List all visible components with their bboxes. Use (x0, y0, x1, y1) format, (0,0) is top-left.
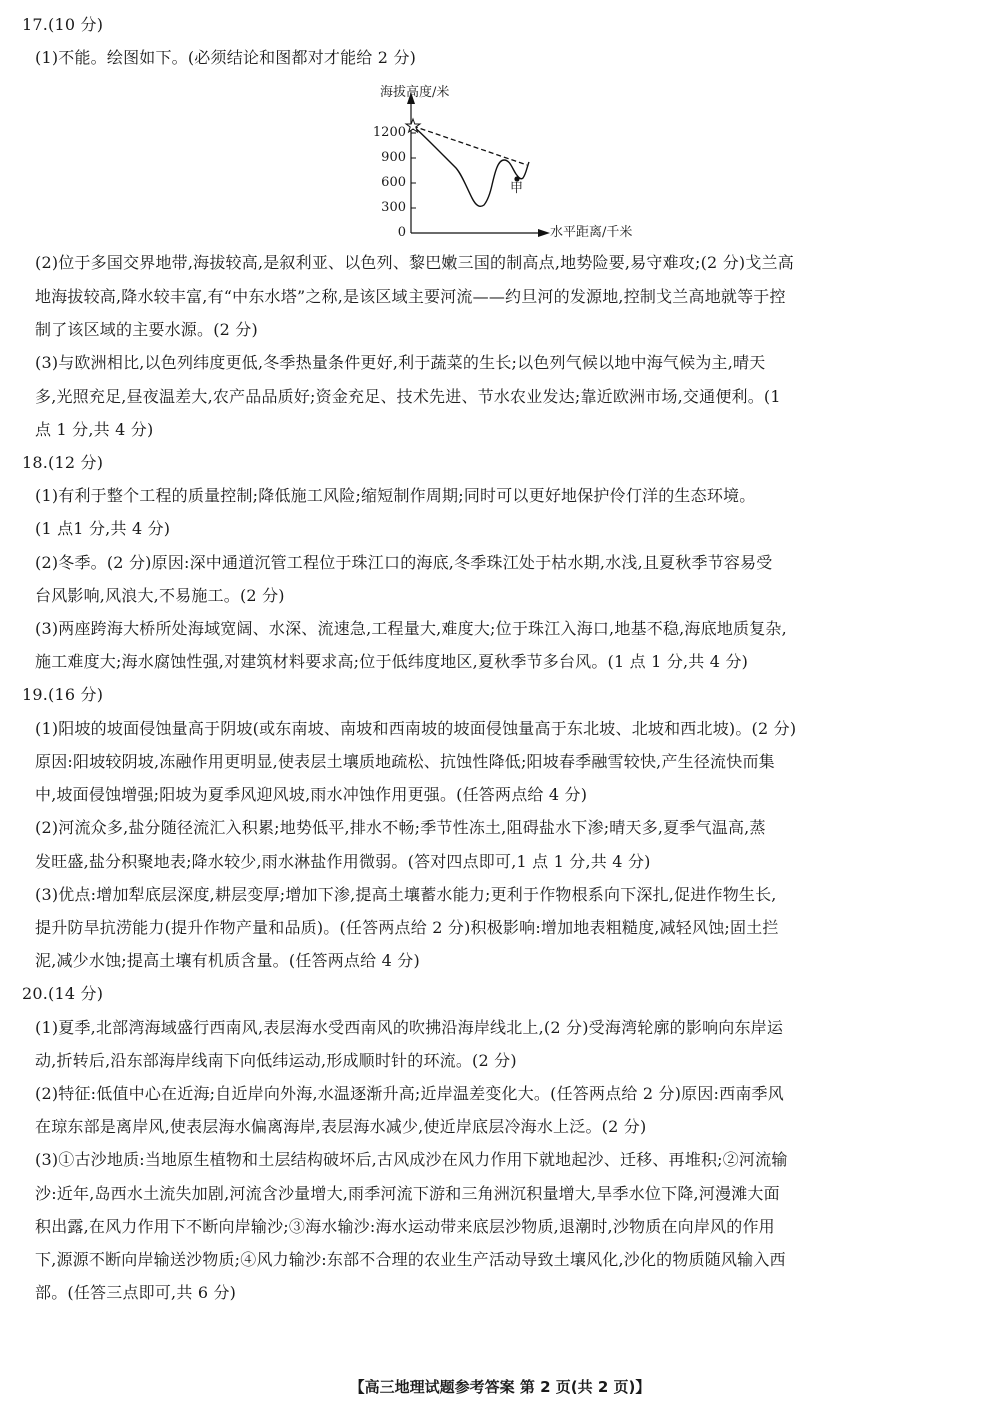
q19-answer-2-line-1: (2)河流众多,盐分随径流汇入积累;地势低平,排水不畅;季节性冻土,阻碍盐水下渗… (35, 817, 766, 839)
question-17-header: 17.(10 分) (22, 14, 103, 36)
q20-answer-1-line-2: 动,折转后,沿东部海岸线南下向低纬运动,形成顺时针的环流。(2 分) (35, 1050, 517, 1072)
question-20-header: 20.(14 分) (22, 983, 103, 1005)
y-axis-label: 海拔高度/米 (380, 86, 449, 100)
q17-answer-1: (1)不能。绘图如下。(必须结论和图都对才能给 2 分) (35, 47, 416, 69)
page-footer: 【高三地理试题参考答案 第 2 页(共 2 页)】 (0, 1377, 1000, 1397)
q18-answer-3-line-2: 施工难度大;海水腐蚀性强,对建筑材料要求高;位于低纬度地区,夏秋季节多台风。(1… (35, 651, 748, 673)
q20-answer-3-line-4: 下,源源不断向岸输送沙物质;④风力输沙:东部不合理的农业生产活动导致土壤风化,沙… (35, 1249, 786, 1271)
q17-answer-2-line-3: 制了该区域的主要水源。(2 分) (35, 319, 258, 341)
y-tick-300: 300 (366, 201, 406, 215)
y-tick-0: 0 (366, 226, 406, 240)
y-tick-1200: 1200 (366, 126, 406, 140)
q17-answer-3-line-3: 点 1 分,共 4 分) (35, 419, 153, 441)
q20-answer-3-line-1: (3)①古沙地质:当地原生植物和土层结构破坏后,古风成沙在风力作用下就地起沙、迁… (35, 1149, 788, 1171)
q17-answer-3-line-2: 多,光照充足,昼夜温差大,农产品品质好;资金充足、技术先进、节水农业发达;靠近欧… (35, 386, 781, 408)
q19-answer-3-line-1: (3)优点:增加犁底层深度,耕层变厚;增加下渗,提高土壤蓄水能力;更利于作物根系… (35, 884, 777, 906)
q19-answer-2-line-2: 发旺盛,盐分积聚地表;降水较少,雨水淋盐作用微弱。(答对四点即可,1 点 1 分… (35, 851, 651, 873)
q19-answer-1-line-3: 中,坡面侵蚀增强;阳坡为夏季风迎风坡,雨水冲蚀作用更强。(任答两点给 4 分) (35, 784, 587, 806)
q17-answer-3-line-1: (3)与欧洲相比,以色列纬度更低,冬季热量条件更好,利于蔬菜的生长;以色列气候以… (35, 352, 765, 374)
question-18-header: 18.(12 分) (22, 452, 103, 474)
q19-answer-1-line-1: (1)阳坡的坡面侵蚀量高于阴坡(或东南坡、南坡和西南坡的坡面侵蚀量高于东北坡、北… (35, 718, 796, 740)
q19-answer-1-line-2: 原因:阳坡较阴坡,冻融作用更明显,使表层土壤质地疏松、抗蚀性降低;阳坡春季融雪较… (35, 751, 775, 773)
q17-answer-2-line-2: 地海拔较高,降水较丰富,有“中东水塔”之称,是该区域主要河流——约旦河的发源地,… (35, 286, 786, 308)
q20-answer-2-line-2: 在琼东部是离岸风,使表层海水偏离海岸,表层海水减少,使近岸底层冷海水上泛。(2 … (35, 1116, 646, 1138)
q20-answer-1-line-1: (1)夏季,北部湾海域盛行西南风,表层海水受西南风的吹拂沿海岸线北上,(2 分)… (35, 1017, 783, 1039)
q19-answer-3-line-3: 泥,减少水蚀;提高土壤有机质含量。(任答两点给 4 分) (35, 950, 420, 972)
y-tick-900: 900 (366, 151, 406, 165)
q18-answer-3-line-1: (3)两座跨海大桥所处海域宽阔、水深、流速急,工程量大,难度大;位于珠江入海口,… (35, 618, 787, 640)
q19-answer-3-line-2: 提升防旱抗涝能力(提升作物产量和品质)。(任答两点给 2 分)积极影响:增加地表… (35, 917, 779, 939)
q18-answer-1-line-1: (1)有利于整个工程的质量控制;降低施工风险;缩短制作周期;同时可以更好地保护伶… (35, 485, 755, 507)
q18-answer-2-line-2: 台风影响,风浪大,不易施工。(2 分) (35, 585, 285, 607)
q17-answer-2-line-1: (2)位于多国交界地带,海拔较高,是叙利亚、以色列、黎巴嫩三国的制高点,地势险要… (35, 252, 794, 274)
elevation-profile-chart: 海拔高度/米 1200 900 600 300 0 甲 水平距离/千米 (360, 82, 640, 242)
question-19-header: 19.(16 分) (22, 684, 103, 706)
q18-answer-2-line-1: (2)冬季。(2 分)原因:深中通道沉管工程位于珠江口的海底,冬季珠江处于枯水期… (35, 552, 772, 574)
q20-answer-3-line-2: 沙:近年,岛西水土流失加剧,河流含沙量增大,雨季河流下游和三角洲沉积量增大,旱季… (35, 1183, 780, 1205)
x-axis-label: 水平距离/千米 (550, 226, 632, 240)
q20-answer-3-line-3: 积出露,在风力作用下不断向岸输沙;③海水输沙:海水运动带来底层沙物质,退潮时,沙… (35, 1216, 775, 1238)
q20-answer-2-line-1: (2)特征:低值中心在近海;自近岸向外海,水温逐渐升高;近岸温差变化大。(任答两… (35, 1083, 784, 1105)
q20-answer-3-line-5: 部。(任答三点即可,共 6 分) (35, 1282, 236, 1304)
y-tick-600: 600 (366, 176, 406, 190)
q18-answer-1-line-2: (1 点1 分,共 4 分) (35, 518, 170, 540)
point-jia-label: 甲 (510, 182, 523, 196)
answer-key-page: 17.(10 分) (1)不能。绘图如下。(必须结论和图都对才能给 2 分) 海… (0, 0, 1000, 1407)
